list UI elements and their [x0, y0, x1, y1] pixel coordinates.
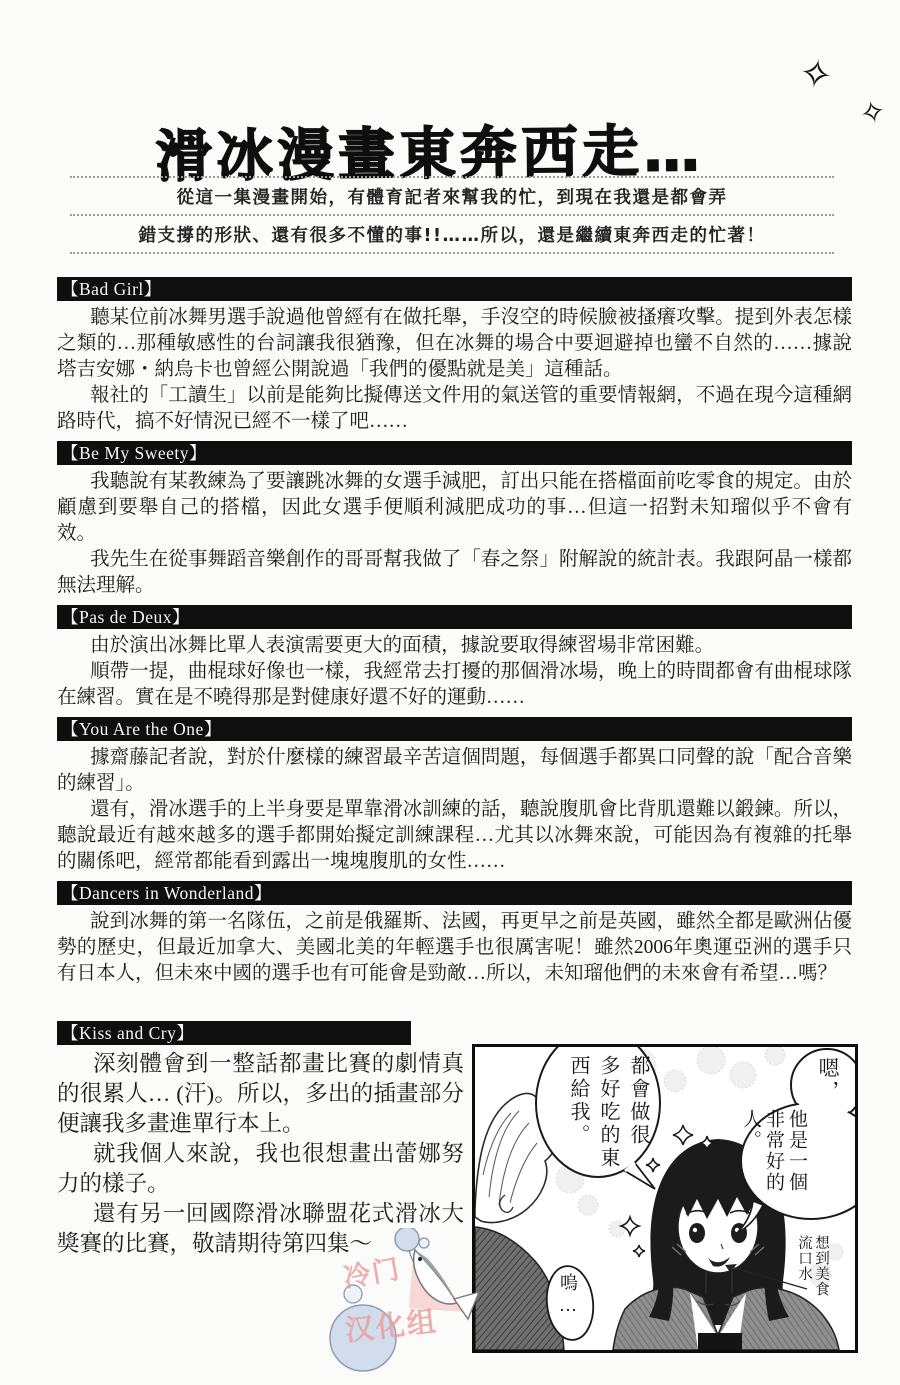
section-header: 【Bad Girl】 [57, 277, 852, 301]
section-paragraph: 據齋藤記者說，對於什麼樣的練習最辛苦這個問題，每個選手都異口同聲的說「配合音樂的… [57, 745, 852, 797]
watermark-line1: 冷门 [341, 1253, 404, 1295]
intro-note: 從這一集漫畫開始，有體育記者來幫我的忙，到現在我還是都會弄 錯支撐的形狀、還有很… [70, 176, 834, 254]
manga-afterword-page: 滑冰漫畫東奔西走… ✧ ✧ 從這一集漫畫開始，有體育記者來幫我的忙，到現在我還是… [0, 0, 900, 1385]
bubble-shape [395, 1228, 419, 1251]
section-header: 【Dancers in Wonderland】 [57, 881, 852, 905]
section-paragraph: 還有，滑冰選手的上半身要是單靠滑冰訓練的話，聽說腹肌會比背肌還難以鍛鍊。所以，聽… [57, 797, 852, 875]
scanlation-watermark: 冷门 汉化组 [293, 1228, 493, 1385]
section-header: 【Kiss and Cry】 [57, 1021, 411, 1045]
sparkle-icon: ✧ [856, 92, 890, 133]
section-paragraph: 由於演出冰舞比單人表演需要更大的面積，據說要取得練習場非常困難。 [57, 633, 852, 659]
section-paragraph: 就我個人來說，我也很想畫出蕾娜努力的樣子。 [57, 1139, 464, 1199]
section-dancers-in-wonderland: 【Dancers in Wonderland】 說到冰舞的第一名隊伍，之前是俄羅… [57, 881, 852, 987]
section-pas-de-deux: 【Pas de Deux】 由於演出冰舞比單人表演需要更大的面積，據說要取得練習… [57, 605, 852, 711]
section-paragraph: 順帶一提，曲棍球好像也一樣，我經常去打擾的那個滑冰場，晚上的時間都會有曲棍球隊在… [57, 659, 852, 711]
intro-line: 錯支撐的形狀、還有很多不懂的事!!……所以，還是繼續東奔西走的忙著！ [70, 216, 834, 254]
section-be-my-sweety: 【Be My Sweety】 我聽說有某教練為了要讓跳冰舞的女選手減肥，訂出只能… [57, 441, 852, 599]
section-bad-girl: 【Bad Girl】 聽某位前冰舞男選手說過他曾經有在做托舉，手沒空的時候臉被搔… [57, 277, 852, 435]
sections-column: 【Bad Girl】 聽某位前冰舞男選手說過他曾經有在做托舉，手沒空的時候臉被搔… [57, 277, 852, 993]
section-paragraph: 聽某位前冰舞男選手說過他曾經有在做托舉，手沒空的時候臉被搔癢攻擊。提到外表怎樣之… [57, 305, 852, 383]
intro-line: 從這一集漫畫開始，有體育記者來幫我的忙，到現在我還是都會弄 [70, 178, 834, 216]
section-header: 【You Are the One】 [57, 717, 852, 741]
section-header: 【Be My Sweety】 [57, 441, 852, 465]
section-paragraph: 深刻體會到一整話都畫比賽的劇情真的很累人… (汗)。所以，多出的插畫部分便讓我多… [57, 1049, 464, 1139]
section-paragraph: 我聽說有某教練為了要讓跳冰舞的女選手減肥，訂出只能在搭檔面前吃零食的規定。由於顧… [57, 469, 852, 547]
sparkle-icon: ✧ [795, 49, 836, 100]
annotation-text: 想到美食 流口水 [795, 1235, 829, 1331]
speech-bubble-right-text: 他是一個 非常好的 人。 [739, 1109, 808, 1239]
section-paragraph: 我先生在從事舞蹈音樂創作的哥哥幫我做了「春之祭」附解說的統計表。我跟阿晶一樣都無… [57, 547, 852, 599]
section-you-are-the-one: 【You Are the One】 據齋藤記者說，對於什麼樣的練習最辛苦這個問題… [57, 717, 852, 875]
bubble-shape [419, 1238, 429, 1248]
speech-bubble-left-text: 都會做很 多好吃的東 西給我。 [563, 1055, 653, 1187]
section-paragraph: 報社的「工讀生」以前是能夠比擬傳送文件用的氣送管的重要情報網，不過在現今這種網路… [57, 383, 852, 435]
speech-bubble-right-text-top: 嗯， [813, 1057, 843, 1117]
section-header: 【Pas de Deux】 [57, 605, 852, 629]
speech-bubble-small-text: 嗚… [555, 1273, 581, 1345]
section-paragraph: 說到冰舞的第一名隊伍，之前是俄羅斯、法國，再更早之前是英國，雖然全都是歐洲佔優勢… [57, 909, 852, 987]
manga-panel: 都會做很 多好吃的東 西給我。 嗯， 他是一個 非常好的 人。 嗚… 想到美食 … [472, 1044, 858, 1353]
section-kiss-and-cry: 【Kiss and Cry】 深刻體會到一整話都畫比賽的劇情真的很累人… (汗)… [57, 1021, 464, 1259]
